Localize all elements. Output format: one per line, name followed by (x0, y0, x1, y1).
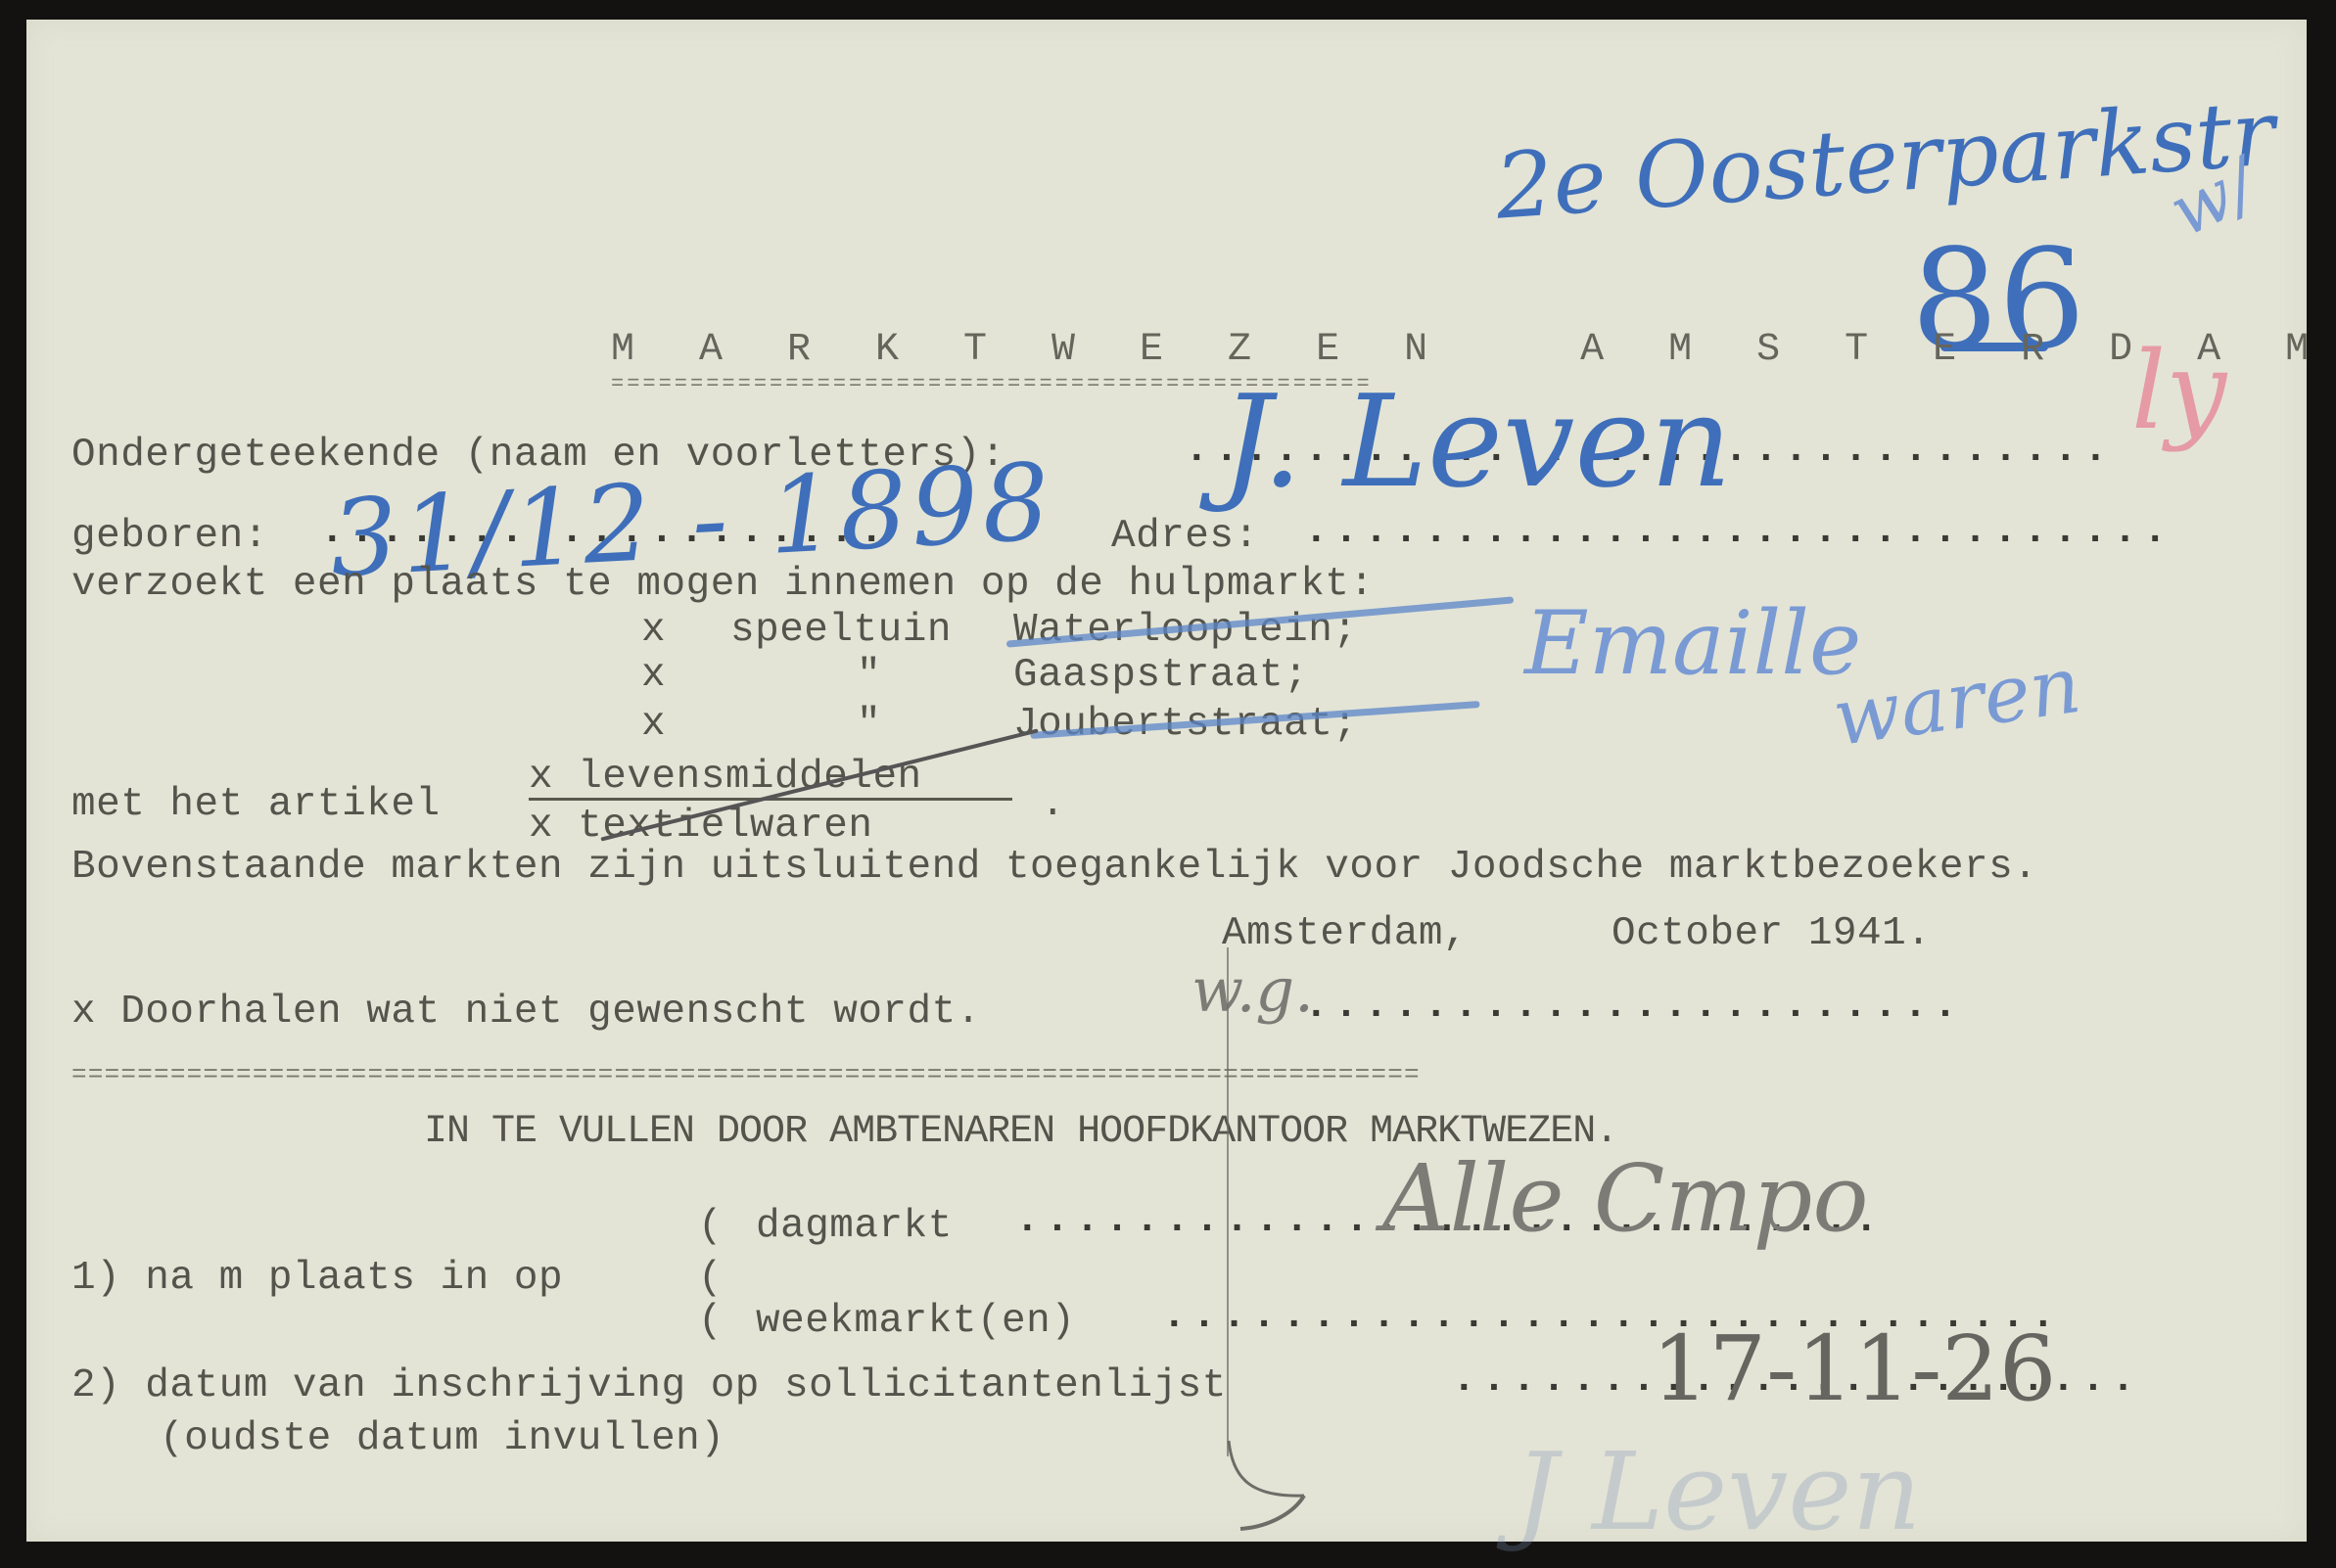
article-label: met het artikel (71, 785, 441, 825)
market-mark-2: x (641, 656, 666, 696)
weekmarkt-label: weekmarkt(en) (756, 1302, 1075, 1342)
pencil-vertical-line (1227, 947, 1229, 1456)
handwritten-goods: Emaille (1524, 592, 1861, 695)
footnote-text: x Doorhalen wat niet gewenscht wordt. (71, 992, 981, 1033)
market-type-1: speeltuin (730, 611, 952, 651)
notice-text: Bovenstaande markten zijn uitsluitend to… (71, 848, 2037, 888)
bracket-top: ( (698, 1207, 723, 1247)
faint-signature: J Leven (1515, 1429, 1921, 1554)
handwritten-name: J. Leven (1221, 367, 1732, 516)
address-label: Adres: (1111, 517, 1259, 557)
market-type-3: " (857, 705, 881, 745)
handwritten-address-street: 2e Oosterparkstr (1492, 80, 2278, 239)
handwritten-initials: w.g. (1191, 954, 1314, 1026)
article-end: . (1041, 785, 1065, 825)
section-divider: ========================================… (71, 1062, 1421, 1087)
market-application-card: 2e Oosterparkstr w/ 86 ly M A R K T W E … (26, 20, 2307, 1542)
market-type-2: " (857, 656, 881, 696)
market-name-2: Gaaspstraat; (1013, 656, 1308, 696)
item2-note: (oudste datum invullen) (160, 1419, 724, 1459)
market-mark-1: x (641, 611, 666, 651)
market-mark-3: x (641, 705, 666, 745)
bracket-mid: ( (698, 1259, 723, 1299)
address-field-dots: ............................. (1304, 512, 2173, 552)
document-title: M A R K T W E Z E N A M S T E R D A M. (611, 331, 2336, 370)
handwritten-official-note: Alle Cmpo (1382, 1145, 1869, 1253)
born-label: geboren: (71, 517, 268, 557)
request-line: verzoekt een plaats te mogen innemen op … (71, 565, 1375, 605)
handwritten-registration-date: 17-11-26 (1652, 1316, 2056, 1421)
dagmarkt-label: dagmarkt (756, 1207, 953, 1247)
signature-dots: ...................... (1304, 987, 1963, 1027)
item2-label: 2) datum van inschrijving op sollicitant… (71, 1366, 1227, 1407)
place-text: Amsterdam, (1222, 914, 1468, 954)
bracket-bot: ( (698, 1302, 723, 1342)
pencil-arrow-icon (1211, 1439, 1338, 1537)
date-text: October 1941. (1612, 914, 1931, 954)
item1-label: 1) na m plaats in op (71, 1259, 563, 1299)
article-option-food: x levensmiddelen (529, 758, 922, 798)
handwritten-goods-line2: waren (1828, 639, 2086, 763)
